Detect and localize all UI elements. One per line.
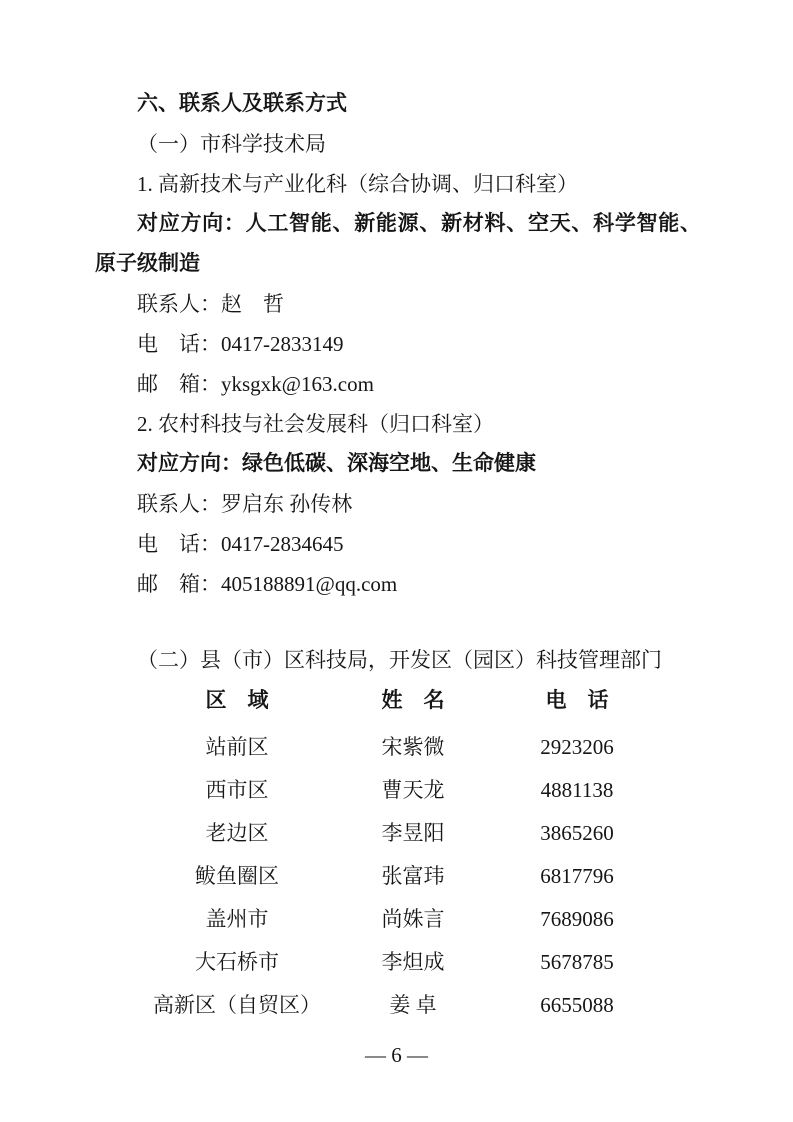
cell-name: 尚姝言 — [382, 898, 445, 941]
cell-name: 张富玮 — [382, 855, 445, 898]
cell-name: 李炟成 — [382, 941, 445, 984]
cell-region: 西市区 — [206, 769, 269, 812]
document-page: 六、联系人及联系方式 （一）市科学技术局 1. 高新技术与产业化科（综合协调、归… — [0, 0, 793, 1122]
table-row: 西市区 曹天龙 4881138 — [95, 769, 701, 812]
contact-table: 区 域 姓 名 电 话 站前区 宋紫微 2923206 西市区 曹天龙 4881… — [95, 680, 701, 1027]
document-content: 六、联系人及联系方式 （一）市科学技术局 1. 高新技术与产业化科（综合协调、归… — [95, 84, 701, 1027]
cell-name: 曹天龙 — [382, 769, 445, 812]
cell-phone: 3865260 — [540, 812, 614, 855]
cell-name: 李昱阳 — [382, 812, 445, 855]
cell-region: 老边区 — [206, 812, 269, 855]
table-header-region: 区 域 — [206, 680, 269, 722]
dept-2-email: 邮 箱：405188891@qq.com — [95, 564, 701, 604]
table-row: 站前区 宋紫微 2923206 — [95, 726, 701, 769]
dept-1-contact: 联系人：赵 哲 — [95, 284, 701, 324]
cell-region: 盖州市 — [206, 898, 269, 941]
table-row: 大石桥市 李炟成 5678785 — [95, 941, 701, 984]
page-number: — 6 — — [0, 1042, 793, 1068]
cell-phone: 5678785 — [540, 941, 614, 984]
cell-phone: 6817796 — [540, 855, 614, 898]
section-gap — [95, 604, 701, 640]
cell-phone: 4881138 — [541, 769, 614, 812]
subsection-2-title: （二）县（市）区科技局，开发区（园区）科技管理部门 — [95, 640, 701, 680]
cell-phone: 2923206 — [540, 726, 614, 769]
dept-2-phone: 电 话：0417-2834645 — [95, 524, 701, 564]
dept-1-title: 1. 高新技术与产业化科（综合协调、归口科室） — [95, 164, 701, 204]
dept-2-direction: 对应方向：绿色低碳、深海空地、生命健康 — [95, 444, 701, 484]
table-header-row: 区 域 姓 名 电 话 — [95, 680, 701, 726]
section-heading: 六、联系人及联系方式 — [95, 84, 701, 124]
cell-region: 站前区 — [206, 726, 269, 769]
dept-1-email: 邮 箱：yksgxk@163.com — [95, 364, 701, 404]
dept-2-title: 2. 农村科技与社会发展科（归口科室） — [95, 404, 701, 444]
dept-1-phone: 电 话：0417-2833149 — [95, 324, 701, 364]
dept-1-direction: 对应方向：人工智能、新能源、新材料、空天、科学智能、原子级制造 — [95, 204, 701, 284]
cell-phone: 7689086 — [540, 898, 614, 941]
cell-region: 高新区（自贸区） — [153, 984, 321, 1027]
table-row: 盖州市 尚姝言 7689086 — [95, 898, 701, 941]
cell-name: 宋紫微 — [382, 726, 445, 769]
table-row: 老边区 李昱阳 3865260 — [95, 812, 701, 855]
cell-region: 鲅鱼圈区 — [195, 855, 279, 898]
table-row: 鲅鱼圈区 张富玮 6817796 — [95, 855, 701, 898]
dept-2-contact: 联系人：罗启东 孙传林 — [95, 484, 701, 524]
cell-name: 姜 卓 — [389, 984, 436, 1027]
cell-region: 大石桥市 — [195, 941, 279, 984]
cell-phone: 6655088 — [540, 984, 614, 1027]
table-row: 高新区（自贸区） 姜 卓 6655088 — [95, 984, 701, 1027]
table-header-name: 姓 名 — [382, 680, 445, 722]
subsection-1-title: （一）市科学技术局 — [95, 124, 701, 164]
table-header-phone: 电 话 — [546, 680, 609, 722]
